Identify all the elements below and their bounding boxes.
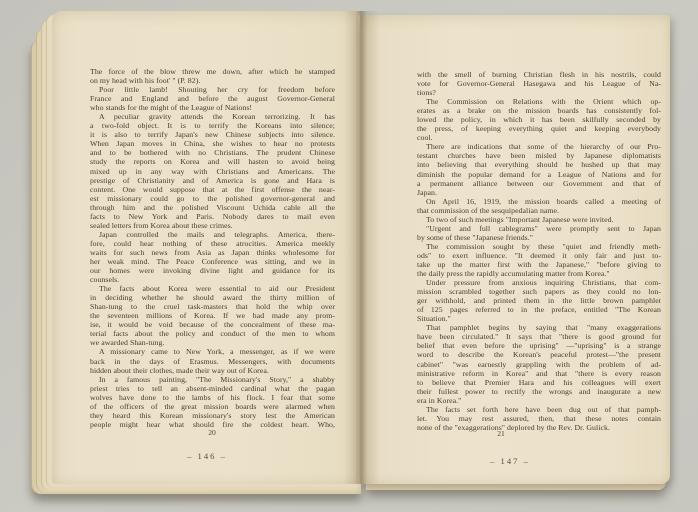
text-line: content. One would suppose that at the f… xyxy=(90,185,335,194)
text-line: and to be bothered with no Christians. T… xyxy=(90,148,335,157)
text-line: "Urgent and full cablegrams" were prompt… xyxy=(417,224,661,233)
text-line: we awarded Shan-tung. xyxy=(90,338,335,347)
left-page-number: 20 xyxy=(197,428,227,437)
text-line: by some of these "Japanese friends." xyxy=(417,233,661,242)
text-line: est missionary could go to the polished … xyxy=(90,194,335,203)
text-line: Shan-tung to the cruel task-masters that… xyxy=(90,302,335,311)
text-line: erates as a brake on the mission boards … xyxy=(417,106,661,115)
text-line: a permanent alliance between our Governm… xyxy=(417,179,661,188)
text-line: When Japan moves in China, she wishes to… xyxy=(90,139,335,148)
text-line: cool. xyxy=(417,133,661,142)
text-line: A peculiar gravity attends the Korean te… xyxy=(90,112,335,121)
text-line: who stands for the might of the League o… xyxy=(90,103,335,112)
text-line: diminish the popular demand for a League… xyxy=(417,170,661,179)
text-line: mixed up in any way with Christians and … xyxy=(90,167,335,176)
text-line: the seventeen millions of Korea. If we h… xyxy=(90,311,335,320)
text-line: prestige of Christianity and of America … xyxy=(90,176,335,185)
text-line: era in Korea." xyxy=(417,396,661,405)
text-line: it is also to terrify Japan's new Chines… xyxy=(90,130,335,139)
text-line: There are indications that some of the h… xyxy=(417,142,661,151)
text-line: sealed letters from Korea about these cr… xyxy=(90,221,335,230)
text-line: let. You may rest assured, then, that th… xyxy=(417,414,661,423)
text-line: The force of the blow threw me down, aft… xyxy=(90,67,335,76)
text-line: The facts set forth here have been dug o… xyxy=(417,405,661,414)
text-line: tions? xyxy=(417,88,661,97)
text-line: The commission sought by these "quiet an… xyxy=(417,242,661,251)
text-line: into believing that everything should be… xyxy=(417,160,661,169)
text-line: have been circulated." It says that "the… xyxy=(417,332,661,341)
text-line: belief that even before the uprising" —"… xyxy=(417,341,661,350)
text-line: ger withhold, and printed them in the li… xyxy=(417,296,661,305)
right-page-text-block: with the smell of burning Christian fles… xyxy=(417,70,661,432)
text-line: lowed the policy, in which it has been s… xyxy=(417,115,661,124)
text-line: In a famous painting, "The Missionary's … xyxy=(90,375,335,384)
text-line: the press, of keeping everything quiet a… xyxy=(417,124,661,133)
text-line: Under pressure from anxious inquiring Ch… xyxy=(417,278,661,287)
text-line: of 125 pages referred to in the preface,… xyxy=(417,305,661,314)
text-line: France and England and before the august… xyxy=(90,94,335,103)
left-folio-stamp: – 146 – xyxy=(172,451,242,461)
text-line: study the reports on Korea and will hast… xyxy=(90,157,335,166)
text-line: cabinet" "was earnestly grappling with t… xyxy=(417,360,661,369)
text-line: testant churches have been misled by Jap… xyxy=(417,151,661,160)
text-line: ise, it would be void because of the con… xyxy=(90,320,335,329)
text-line: The facts about Korea were essential to … xyxy=(90,284,335,293)
text-line: terial facts about the policy and conduc… xyxy=(90,329,335,338)
scanned-book-spread: The force of the blow threw me down, aft… xyxy=(0,0,698,512)
text-line: wolves have done to the lambs of his flo… xyxy=(90,393,335,402)
text-line: ministrative reform in Korea" and that "… xyxy=(417,369,661,378)
text-line: that commission of the sesquipedalian na… xyxy=(417,206,661,215)
left-page-text-block: The force of the blow threw me down, aft… xyxy=(90,67,335,429)
text-line: to believe that Premier Hara and his col… xyxy=(417,378,661,387)
text-line: the daily press the rapidly accumulating… xyxy=(417,269,661,278)
right-folio-stamp: – 147 – xyxy=(475,456,545,466)
text-line: Poor little lamb! Shouting her cry for f… xyxy=(90,85,335,94)
text-line: On April 16, 1919, the mission boards ca… xyxy=(417,197,661,206)
text-line: take up the matter first with the Japane… xyxy=(417,260,661,269)
text-line: A missionary came to New York, a messeng… xyxy=(90,347,335,356)
text-line: none of the "exaggerations" deplored by … xyxy=(417,423,661,432)
text-line: priest tries to tell an absent-minded ca… xyxy=(90,384,335,393)
text-line: mission scrambled together such papers a… xyxy=(417,287,661,296)
text-line: waits for such news from Asia as Japan t… xyxy=(90,248,335,257)
text-line: on my head with his foot' " (P. 82). xyxy=(90,76,335,85)
text-line: ods" to exert influence. "It deemed it o… xyxy=(417,251,661,260)
text-line: their fullest power to rectify the wrong… xyxy=(417,387,661,396)
text-line: Situation." xyxy=(417,314,661,323)
text-line: counsels. xyxy=(90,275,335,284)
text-line: vote for Governor-General Hasegawa and h… xyxy=(417,79,661,88)
text-line: a two-fold object. It is to terrify the … xyxy=(90,121,335,130)
text-line: her weak mind. The Peace Conference was … xyxy=(90,257,335,266)
text-line: word to describe the Korean's peaceful p… xyxy=(417,350,661,359)
text-line: To two of such meetings "Important Japan… xyxy=(417,215,661,224)
text-line: back in the days of Erasmus. Messengers,… xyxy=(90,357,335,366)
text-line: through him and the polished Viscount Uc… xyxy=(90,203,335,212)
text-line: with the smell of burning Christian fles… xyxy=(417,70,661,79)
text-line: of the officers of the great mission boa… xyxy=(90,402,335,411)
text-line: our homes were invoking divine light and… xyxy=(90,266,335,275)
right-page-number: 21 xyxy=(486,429,516,438)
text-line: Japan controlled the mails and telegraph… xyxy=(90,230,335,239)
text-line: in deciding whether he should award the … xyxy=(90,293,335,302)
text-line: Japan. xyxy=(417,188,661,197)
text-line: The Commission on Relations with the Ori… xyxy=(417,97,661,106)
text-line: fore, could hear nothing of these atroci… xyxy=(90,239,335,248)
text-line: That pamphlet begins by saying that "man… xyxy=(417,323,661,332)
text-line: facts to New York and Paris. Nobody dare… xyxy=(90,212,335,221)
text-line: they heard this Korean missionary's stor… xyxy=(90,411,335,420)
text-line: hidden about their clothes, made their w… xyxy=(90,366,335,375)
